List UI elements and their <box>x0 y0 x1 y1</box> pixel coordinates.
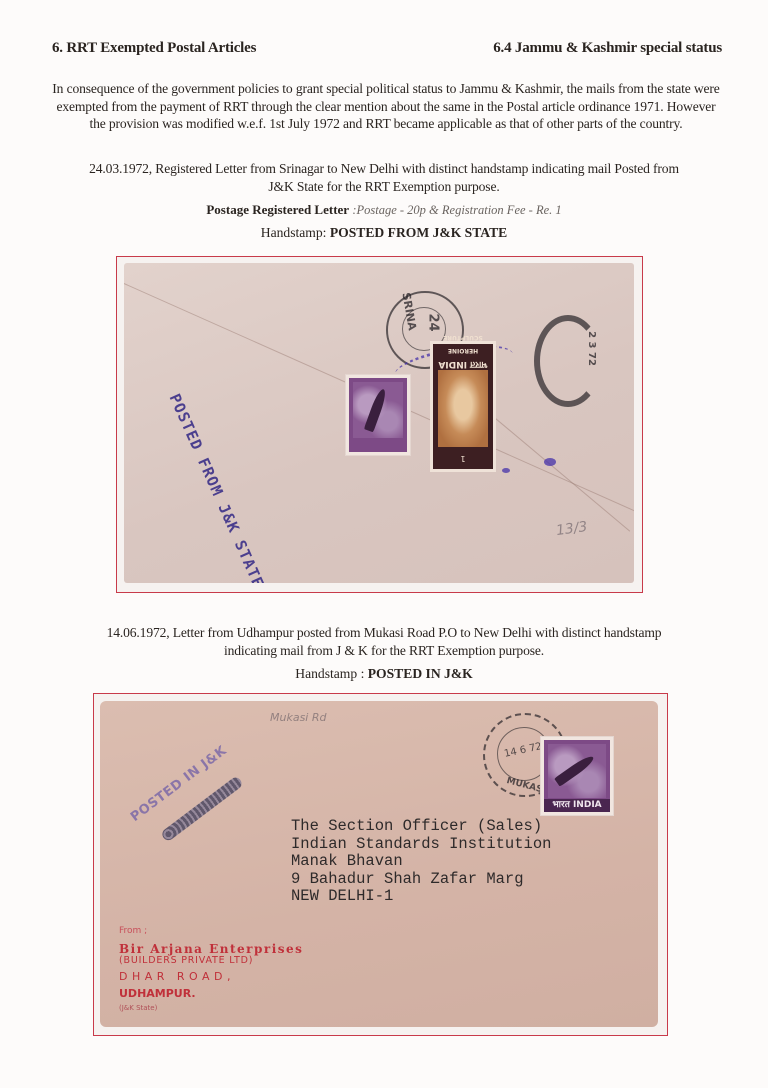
stamp-country: भारत INDIA <box>544 799 610 812</box>
postage-label: Postage Registered Letter <box>206 202 349 217</box>
stamp-20p-violet: भारत INDIA <box>541 737 613 815</box>
exhibit2-handstamp: Handstamp : POSTED IN J&K <box>0 666 768 682</box>
exhibit1-caption: 24.03.1972, Registered Letter from Srina… <box>80 160 688 195</box>
subsection-title: 6.4 Jammu & Kashmir special status <box>493 40 722 57</box>
exhibit1-handstamp: Handstamp: POSTED FROM J&K STATE <box>0 225 768 241</box>
handstamp-value: POSTED IN J&K <box>368 666 473 681</box>
postmark-date: 24 <box>426 313 441 331</box>
from-label: From ; <box>119 926 303 936</box>
handstamp-posted-from-jk-state: POSTED FROM J&K STATE <box>166 391 268 583</box>
stamp-20p-violet <box>346 375 410 455</box>
exhibit1-postage: Postage Registered Letter :Postage - 20p… <box>0 202 768 218</box>
handstamp-posted-in-jk: POSTED IN J&K <box>128 743 230 825</box>
sender-name: Bir Arjana Enterprises <box>119 942 303 956</box>
handstamp-value: POSTED FROM J&K STATE <box>330 225 507 240</box>
pencil-note: 13/3 <box>555 519 588 539</box>
address-line: Manak Bhavan <box>291 853 551 871</box>
recipient-address: The Section Officer (Sales)Indian Standa… <box>291 818 551 906</box>
postage-detail: :Postage - 20p & Registration Fee - Re. … <box>352 203 561 217</box>
address-line: 9 Bahadur Shah Zafar Marg <box>291 871 551 889</box>
ink-blot <box>502 468 510 473</box>
postmark-arrival-date: 2 3 72 <box>586 331 597 366</box>
stamp-1re-sculpture: भारत INDIA HEROINE SCULPTURE 1 <box>430 341 496 472</box>
stamp-value: 1 <box>433 447 493 469</box>
sender-state: (J&K State) <box>119 1004 303 1012</box>
sender-road: DHAR ROAD, <box>119 970 303 983</box>
cover-udhampur-front: POSTED IN J&K Mukasi Rd 14 6 72 MUKASI भ… <box>100 701 658 1027</box>
handstamp-label: Handstamp : <box>295 666 368 681</box>
stamp-country: भारत INDIA <box>433 357 493 370</box>
sender-town: UDHAMPUR. <box>119 987 303 1000</box>
pencil-note: Mukasi Rd <box>270 711 326 724</box>
address-line: NEW DELHI-1 <box>291 888 551 906</box>
cover-srinagar-back: SRINA 24 2 3 72 भारत INDIA HEROINE SCULP… <box>124 263 634 583</box>
ink-blot <box>544 458 556 466</box>
address-line: The Section Officer (Sales) <box>291 818 551 836</box>
intro-paragraph: In consequence of the government policie… <box>50 80 722 133</box>
address-line: Indian Standards Institution <box>291 836 551 854</box>
sender-block: From ; Bir Arjana Enterprises (BUILDERS … <box>119 926 303 1012</box>
handstamp-label: Handstamp: <box>261 225 330 240</box>
exhibit2-caption: 14.06.1972, Letter from Udhampur posted … <box>100 624 668 659</box>
sculpture-image <box>438 370 488 447</box>
sender-subtitle: (BUILDERS PRIVATE LTD) <box>119 955 303 966</box>
stamp-caption: HEROINE SCULPTURE <box>433 331 493 357</box>
section-title: 6. RRT Exempted Postal Articles <box>52 40 256 57</box>
